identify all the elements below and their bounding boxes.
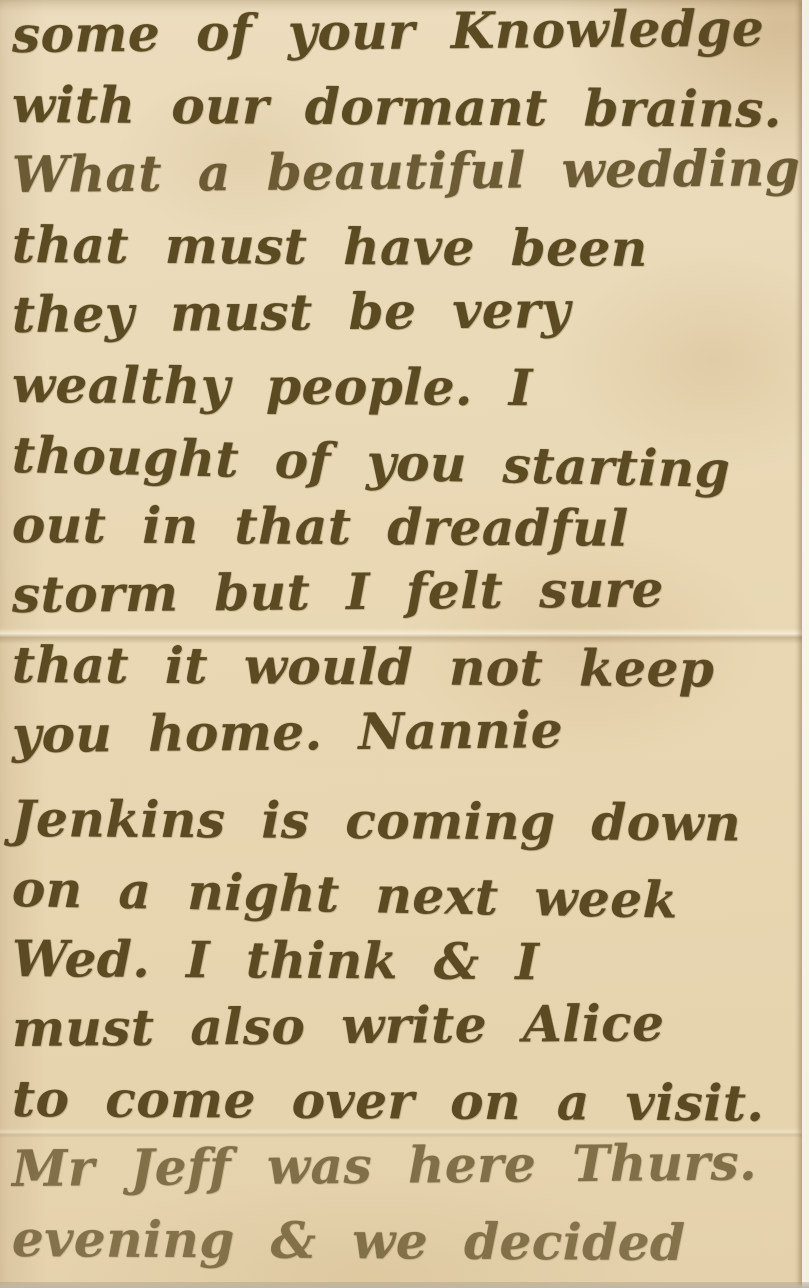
- handwritten-line: Jenkins is coming down: [12, 784, 803, 859]
- handwritten-line: they must be very: [12, 273, 804, 350]
- handwritten-line: wealthy people. I: [12, 350, 803, 425]
- handwritten-line: evening & we decided: [12, 1204, 803, 1279]
- letter-page: some of your Knowledge with our dormant …: [0, 0, 809, 1288]
- paper-edge-bottom: [0, 1282, 809, 1288]
- paper-edge-right: [802, 0, 809, 1288]
- handwritten-text-block: some of your Knowledge with our dormant …: [12, 0, 803, 1274]
- handwritten-line: you home. Nannie: [12, 693, 804, 770]
- handwritten-line: must also write Alice: [12, 987, 804, 1064]
- handwritten-line: some of your Knowledge: [12, 0, 804, 70]
- handwritten-line: storm but I felt sure: [12, 553, 804, 630]
- handwritten-line: What a beautiful wedding: [12, 133, 804, 210]
- handwritten-line: Mr Jeff was here Thurs.: [12, 1127, 804, 1204]
